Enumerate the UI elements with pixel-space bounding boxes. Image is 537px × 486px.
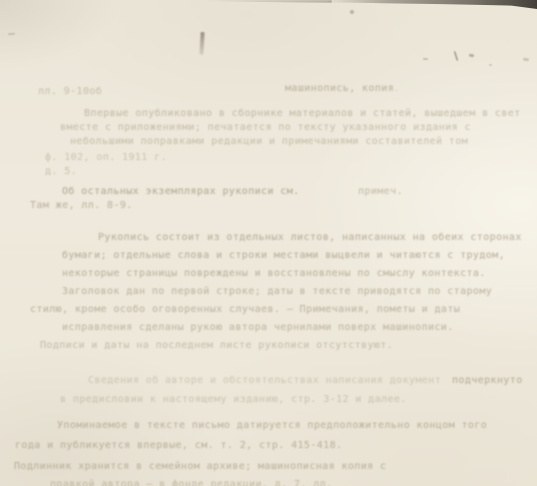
typewritten-line: Впервые опубликовано в сборнике материал…	[84, 108, 524, 121]
typewritten-line: Там же, лл. 8-9.	[30, 200, 164, 213]
typewritten-line: стилю, кроме особо оговоренных случаев. …	[30, 304, 512, 317]
ink-speck	[489, 64, 492, 66]
typewritten-line: Заголовок дан по первой строке; даты в т…	[62, 286, 512, 299]
typewritten-line: Подписи и даты на последнем листе рукопи…	[40, 340, 460, 353]
typewritten-line: Об остальных экземплярах рукописи см.	[62, 186, 354, 199]
typewritten-line: Подлинник хранится в семейном архиве; ма…	[14, 461, 414, 474]
ink-speck	[469, 54, 474, 58]
typewritten-line: лл. 9-10об.	[38, 86, 102, 99]
typewritten-line: машинопись, копия.	[285, 83, 397, 96]
ink-speck	[350, 10, 354, 14]
typewritten-line: ф. 102, оп. 1911 г.	[45, 152, 175, 165]
typewritten-line: некоторые страницы повреждены и восстано…	[62, 268, 509, 281]
ink-speck	[523, 58, 529, 62]
typewritten-line: Рукопись состоит из отдельных листов, на…	[98, 232, 526, 245]
ink-speck	[454, 51, 459, 61]
typewritten-line: подчеркнуто	[452, 375, 536, 388]
typewritten-line: в предисловии к настоящему изданию, стр.…	[60, 394, 442, 407]
typewritten-line: исправления сделаны рукою автора чернила…	[62, 322, 508, 335]
typewritten-line: вместе с приложениями; печатается по тек…	[60, 122, 480, 135]
typewritten-line: д. 5.	[45, 166, 91, 179]
scanner-edge-band	[325, 0, 537, 9]
ink-speck	[423, 58, 428, 60]
ink-speck	[8, 33, 15, 35]
typewritten-line: Сведения об авторе и обстоятельствах нап…	[88, 375, 440, 388]
typewritten-line: небольшими поправками редакции и примеча…	[70, 136, 468, 149]
scanner-edge-band-faint	[202, 0, 332, 3]
typewritten-line: года и публикуется впервые, см. т. 2, ст…	[15, 440, 359, 453]
typewritten-line: примеч.	[358, 186, 420, 199]
typewritten-line: бумаги; отдельные слова и строки местами…	[62, 250, 514, 263]
pen-stroke-mark	[199, 32, 204, 55]
typewritten-line: Упоминаемое в тексте письмо датируется п…	[57, 420, 520, 433]
typewritten-line: правкой автора — в фонде редакции, д. 7,…	[50, 479, 370, 486]
scanned-document-page: машинопись, копия.лл. 9-10об.Впервые опу…	[0, 0, 537, 486]
